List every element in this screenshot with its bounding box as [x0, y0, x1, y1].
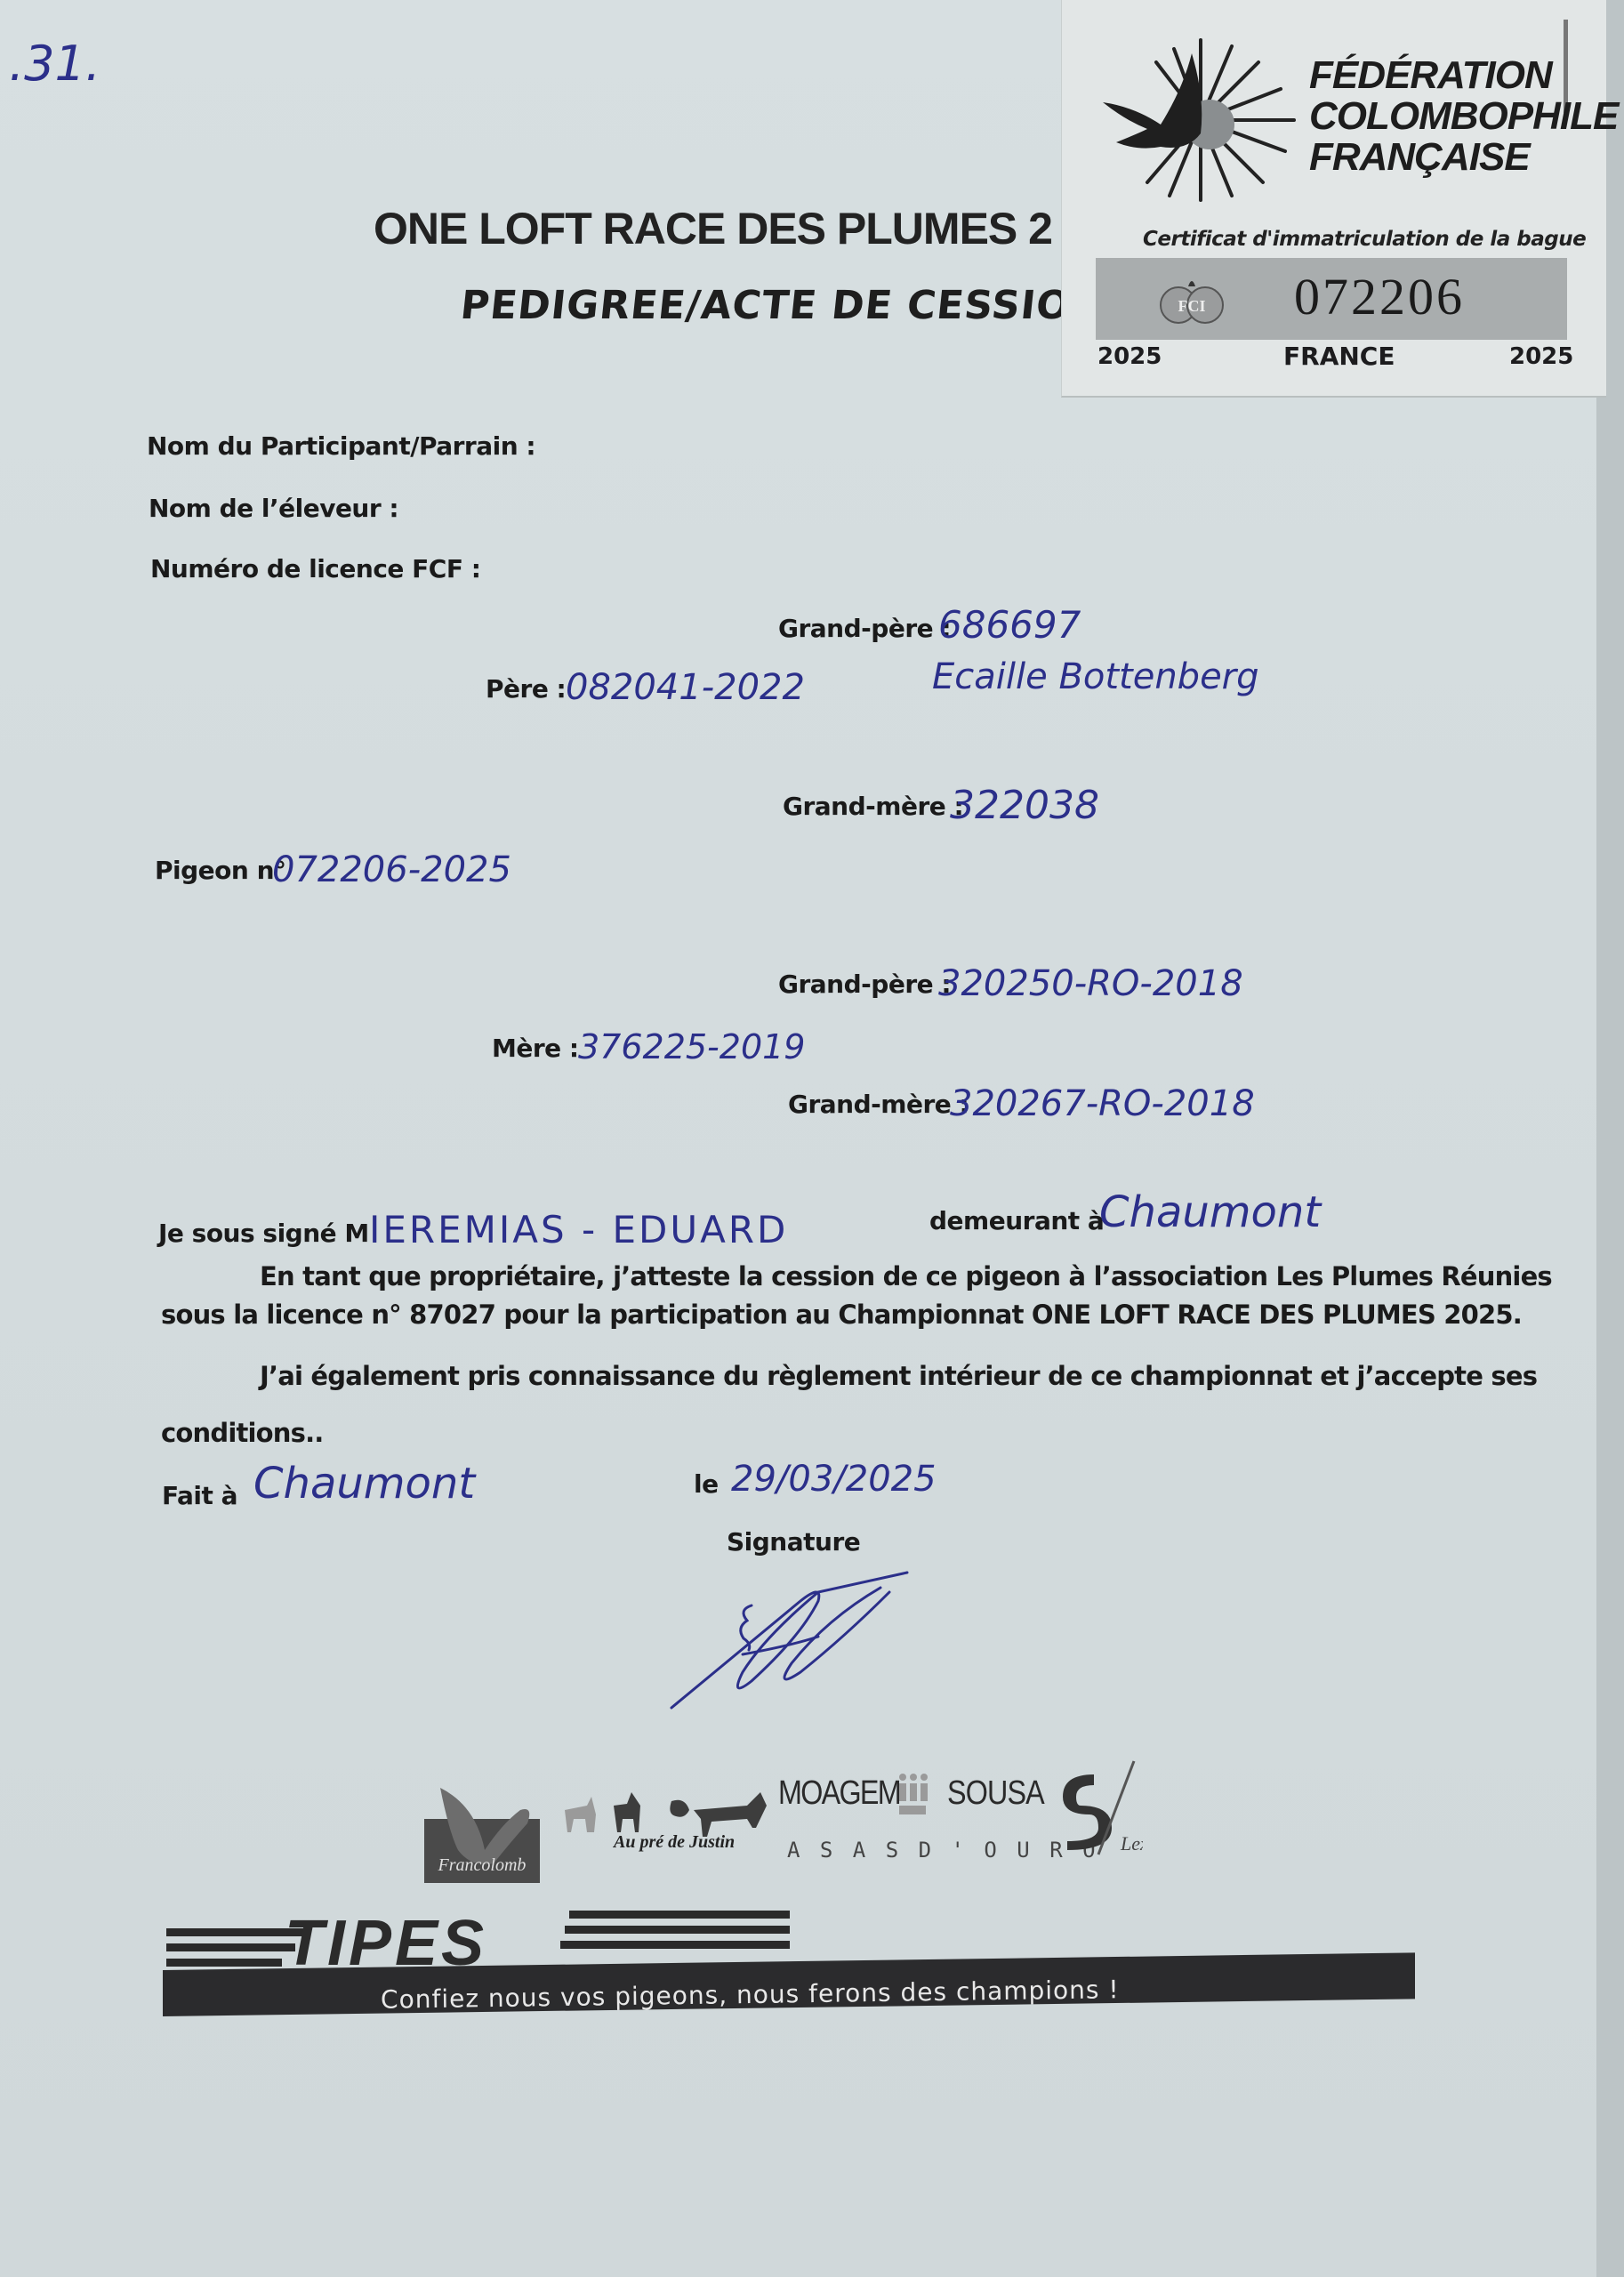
sousa-logo: SOUSA — [947, 1774, 1044, 1813]
participant-label: Nom du Participant/Parrain : — [147, 431, 535, 461]
pigeon-number-label: Pigeon n° — [155, 856, 286, 885]
pigeon-sunburst-icon — [1098, 36, 1303, 205]
paternal-grandfather-note: Ecaille Bottenberg — [932, 656, 1259, 697]
signature-scribble — [667, 1565, 916, 1717]
declaration-paragraph-2-line-1: J’ai également pris connaissance du règl… — [260, 1361, 1537, 1391]
date-value: 29/03/2025 — [731, 1459, 937, 1500]
mother-value: 376225-2019 — [578, 1027, 805, 1066]
asas-douro-logo: A S A S D ' O U R O — [787, 1838, 1099, 1863]
svg-text:FCI: FCI — [1178, 297, 1206, 315]
breeder-label: Nom de l’éleveur : — [149, 494, 398, 523]
au-pre-de-justin-text: Au pré de Justin — [614, 1832, 735, 1853]
tipes-stripe — [569, 1911, 790, 1919]
tipes-stripe — [166, 1959, 282, 1967]
father-label: Père : — [486, 674, 566, 704]
made-at-value: Chaumont — [253, 1459, 475, 1509]
tipes-stripe — [565, 1926, 790, 1934]
mother-label: Mère : — [492, 1034, 579, 1063]
federation-name-line-2: COLOMBOPHILE — [1309, 96, 1618, 137]
date-label: le — [694, 1469, 719, 1499]
tipes-stripe — [166, 1943, 295, 1951]
signed-by-name: IEREMIAS - EDUARD — [369, 1208, 788, 1251]
paternal-grandmother-label: Grand-mère : — [783, 792, 963, 821]
declaration-paragraph-1-line-2: sous la licence n° 87027 pour la partici… — [161, 1299, 1522, 1330]
document-title: ONE LOFT RACE DES PLUMES 2 — [374, 203, 1052, 254]
svg-text:Francolomb: Francolomb — [438, 1855, 527, 1875]
certificate-year-left: 2025 — [1097, 343, 1162, 370]
maternal-grandmother-value: 320267-RO-2018 — [950, 1083, 1255, 1124]
license-label: Numéro de licence FCF : — [150, 554, 480, 583]
federation-name-line-1: FÉDÉRATION — [1309, 55, 1618, 96]
pigeon-number-value: 072206-2025 — [272, 849, 511, 890]
paternal-grandfather-value: 686697 — [938, 603, 1081, 647]
residing-label: demeurant à — [929, 1206, 1104, 1235]
tipes-stripe — [560, 1941, 790, 1949]
paternal-grandmother-value: 322038 — [950, 783, 1099, 828]
residing-value: Chaumont — [1099, 1187, 1321, 1237]
moagem-logo: MOAGEM — [778, 1774, 900, 1813]
certificate-year-right: 2025 — [1509, 343, 1573, 370]
signed-by-label: Je sous signé M — [158, 1219, 369, 1248]
page-number-mark: .31. — [9, 36, 100, 92]
figures-icon — [894, 1770, 934, 1819]
maternal-grandfather-value: 320250-RO-2018 — [938, 963, 1243, 1004]
certificate-country: FRANCE — [1283, 342, 1395, 371]
maternal-grandmother-label: Grand-mère : — [788, 1090, 969, 1119]
ring-number: 072206 — [1294, 267, 1465, 326]
maternal-grandfather-label: Grand-père : — [778, 970, 951, 999]
federation-name-line-3: FRANÇAISE — [1309, 137, 1618, 178]
svg-text:Lex: Lex — [1120, 1832, 1143, 1855]
signature-label: Signature — [727, 1527, 860, 1557]
document-subtitle: PEDIGREE/ACTE DE CESSION — [458, 283, 1106, 328]
sl-monogram-icon: Lex — [1058, 1757, 1143, 1859]
declaration-paragraph-1-line-1: En tant que propriétaire, j’atteste la c… — [260, 1261, 1552, 1291]
certificate-caption: Certificat d'immatriculation de la bague — [1143, 228, 1586, 251]
fci-globe-icon: FCI — [1156, 274, 1227, 327]
made-at-label: Fait à — [162, 1481, 237, 1510]
paternal-grandfather-label: Grand-père : — [778, 614, 951, 643]
father-value: 082041-2022 — [566, 667, 805, 708]
federation-name: FÉDÉRATION COLOMBOPHILE FRANÇAISE — [1309, 55, 1618, 178]
declaration-paragraph-2-line-2: conditions.. — [161, 1418, 324, 1448]
francolomb-logo: Francolomb — [422, 1779, 543, 1886]
